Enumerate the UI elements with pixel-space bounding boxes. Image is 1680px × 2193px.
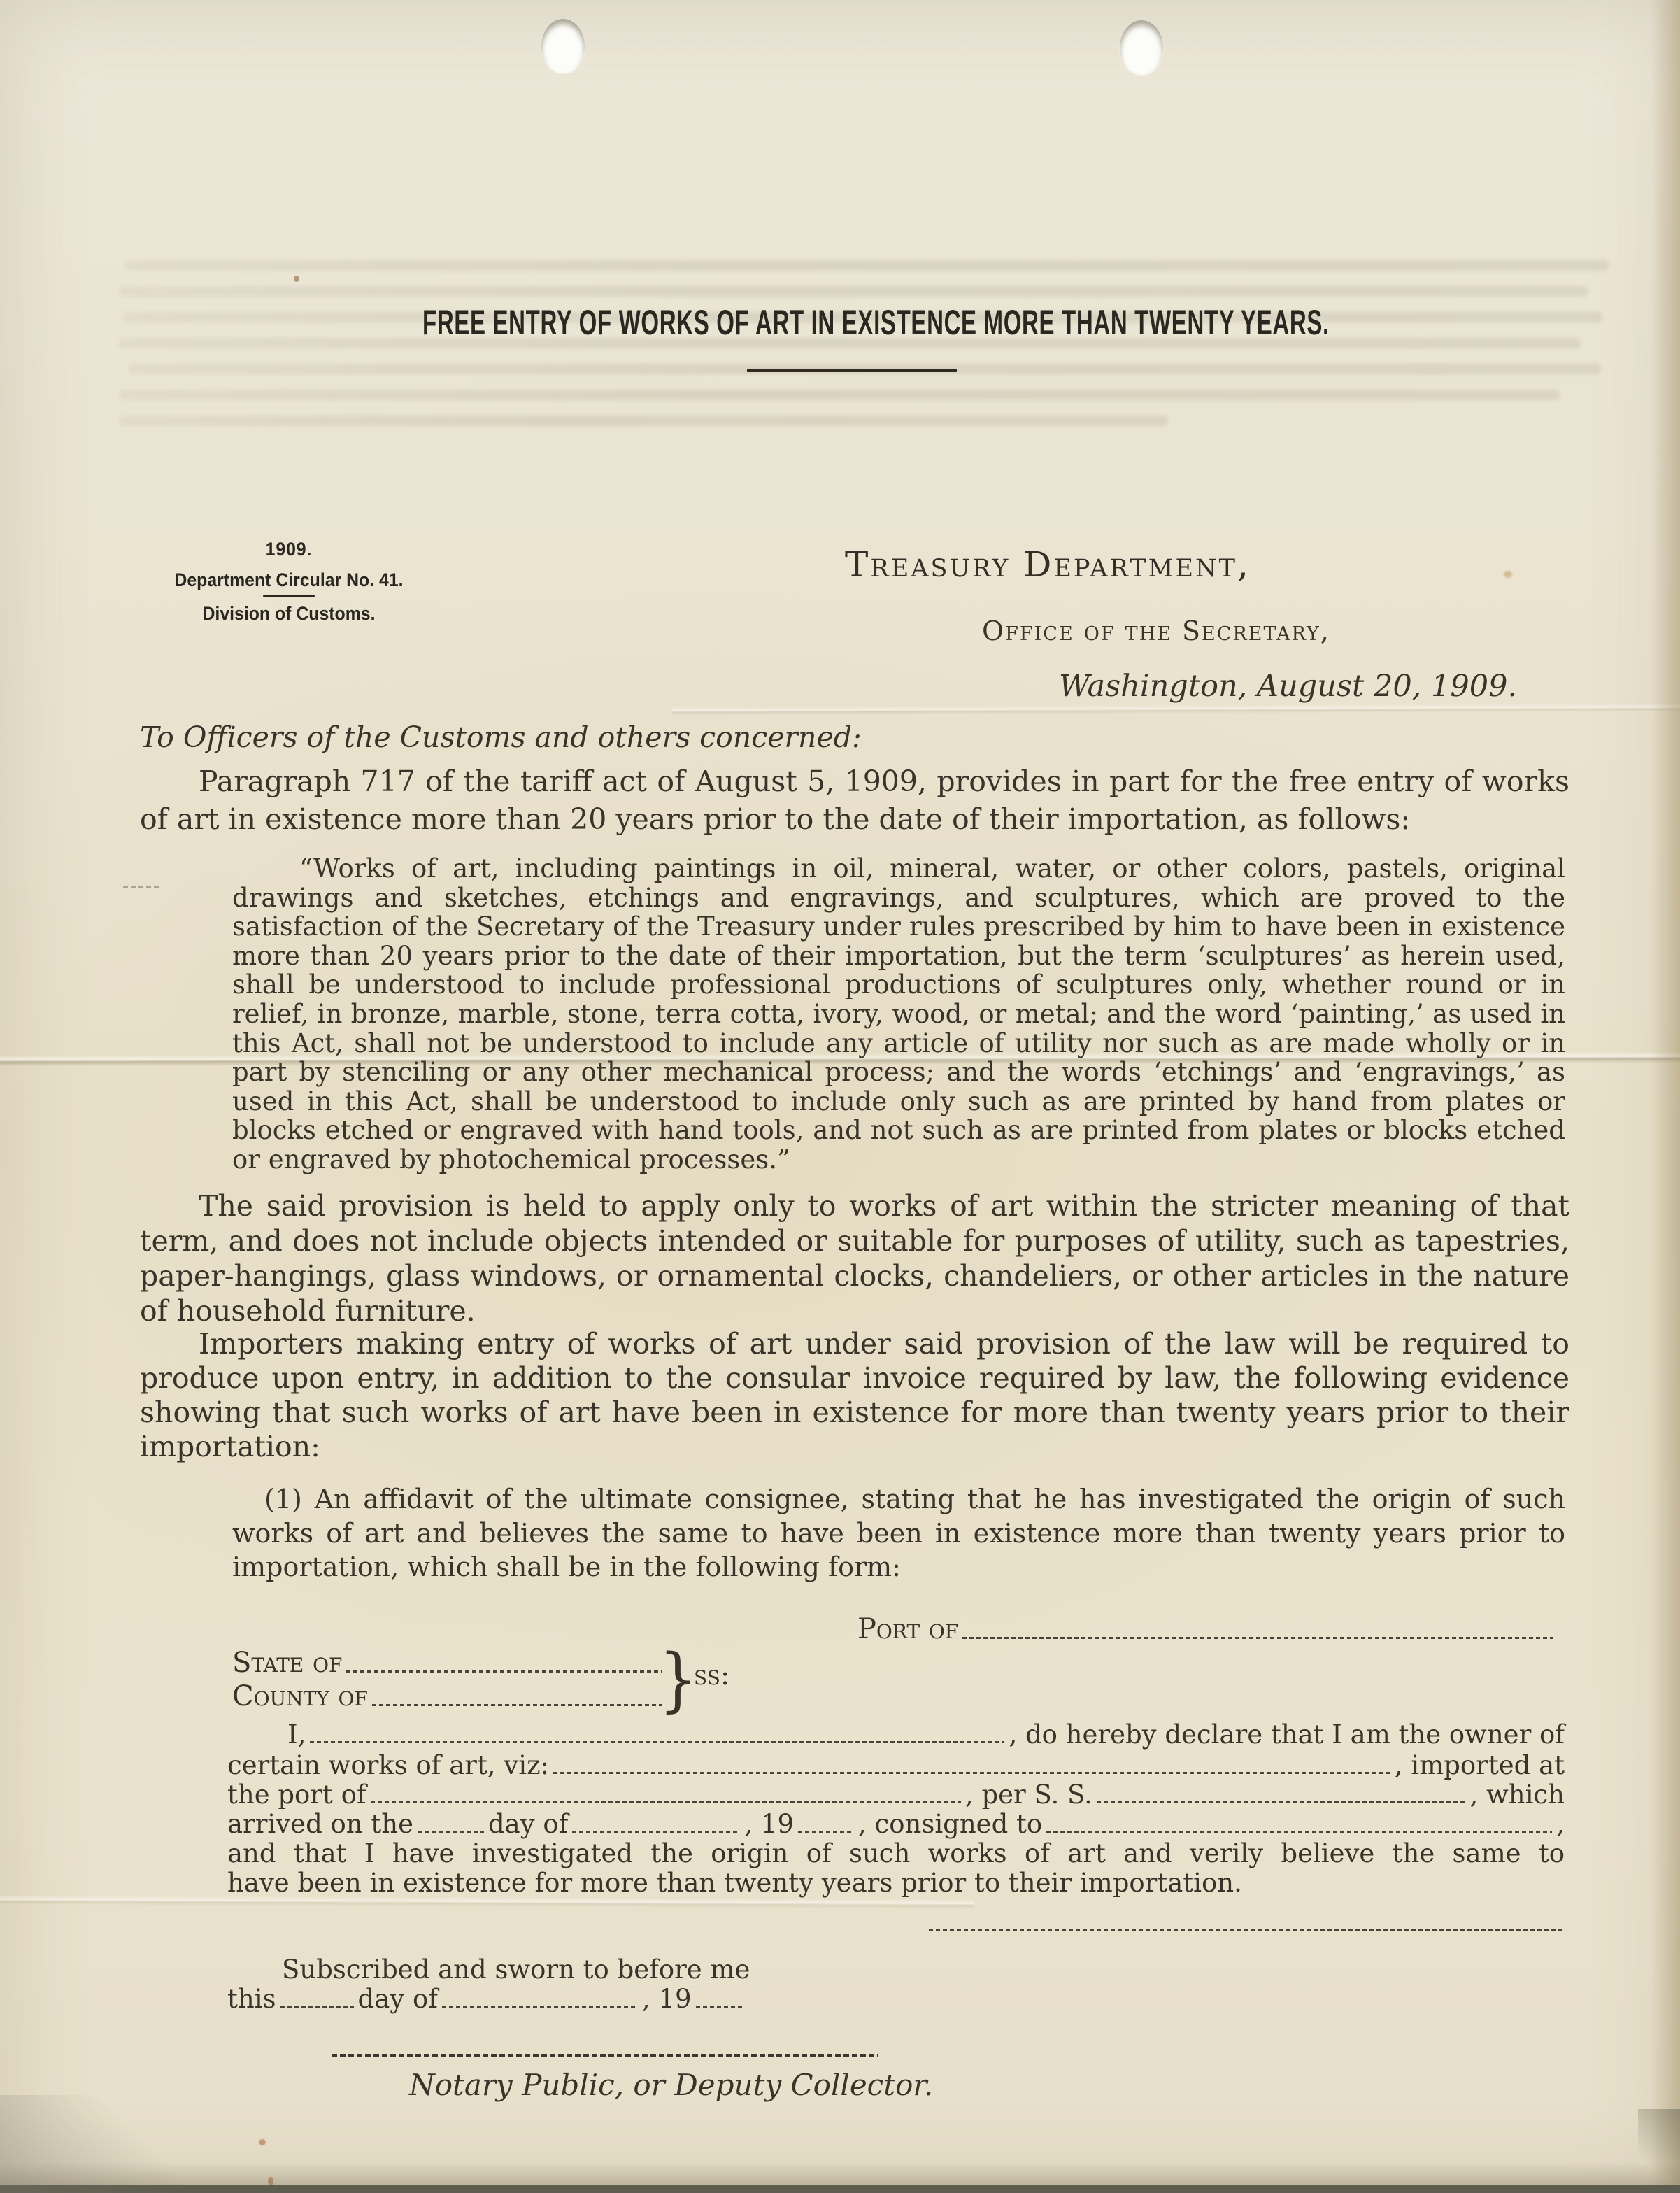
arrival-month-blank	[572, 1831, 740, 1833]
paragraph-provision: The said provision is held to apply only…	[140, 1188, 1569, 1328]
punch-hole-left	[541, 19, 585, 73]
ss-label: ss:	[694, 1659, 729, 1691]
circular-rule	[263, 595, 315, 597]
form-port-line: Port of	[857, 1613, 1557, 1645]
port-of-blank	[962, 1637, 1553, 1639]
margin-pencil-dash	[123, 886, 159, 888]
port-of-label: Port of	[857, 1613, 958, 1645]
circular-division: Division of Customs.	[157, 604, 420, 623]
paragraph-affidavit: (1) An affidavit of the ultimate consign…	[232, 1482, 1565, 1584]
circular-block: 1909. Department Circular No. 41. Divisi…	[157, 540, 420, 623]
paragraph-intro: Paragraph 717 of the tariff act of Augus…	[140, 762, 1569, 838]
title-rule	[747, 369, 957, 372]
county-of-blank	[372, 1704, 662, 1706]
arrival-day-blank	[418, 1831, 484, 1833]
declaration-line-1: and that I have investigated the origin …	[227, 1838, 1565, 1868]
scanned-document: { "doc": { "heading": "FREE ENTRY OF WOR…	[0, 0, 1680, 2193]
paper-corner-shadow-left	[0, 2095, 231, 2193]
paper-speck	[259, 2139, 266, 2145]
which-text: , which	[1470, 1780, 1565, 1810]
entry-port-blank	[371, 1801, 961, 1803]
salutation: To Officers of the Customs and others co…	[140, 721, 862, 754]
sworn-month-blank	[442, 2006, 638, 2008]
notary-title: Notary Public, or Deputy Collector.	[409, 2068, 933, 2102]
circular-year: 1909.	[157, 540, 420, 559]
subscribed-text: Subscribed and sworn to before me	[282, 1954, 750, 1985]
sworn-day-blank	[280, 2006, 354, 2008]
declarant-name-blank	[310, 1741, 1004, 1743]
state-of-blank	[346, 1670, 662, 1673]
this-label: this	[227, 1984, 276, 2014]
day-of-label-2: day of	[358, 1984, 438, 2014]
form-viz-line: certain works of art, viz: , imported at	[227, 1750, 1565, 1780]
declaration-line-2: have been in existence for more than twe…	[227, 1868, 1565, 1898]
letterhead-dateline: Washington, August 20, 1909.	[1059, 669, 1517, 704]
arrival-year-blank	[798, 1831, 854, 1833]
the-port-of-label: the port of	[227, 1780, 366, 1810]
venue-brace: }	[659, 1640, 697, 1720]
form-sworn-date-line: this day of , 19	[227, 1984, 780, 2014]
imported-at-text: , imported at	[1395, 1750, 1565, 1780]
viz-label: certain works of art, viz:	[227, 1750, 549, 1780]
sworn-year-blank	[696, 2006, 745, 2008]
paper-speck	[294, 276, 299, 282]
punch-hole-right	[1120, 20, 1163, 75]
works-description-blank	[553, 1772, 1390, 1774]
circular-number: Department Circular No. 41.	[157, 571, 420, 590]
county-of-label: County of	[232, 1680, 368, 1712]
letterhead-office: Office of the Secretary,	[982, 616, 1330, 646]
document-title: FREE ENTRY OF WORKS OF ART IN EXISTENCE …	[422, 302, 1330, 343]
steamship-name-blank	[1097, 1801, 1466, 1803]
paper-corner-shadow-right	[1638, 2109, 1680, 2193]
paragraph-importers: Importers making entry of works of art u…	[140, 1327, 1569, 1464]
form-venue-block: State of County of	[232, 1645, 666, 1712]
day-of-label: day of	[488, 1809, 568, 1839]
per-ss-label: , per S. S.	[965, 1780, 1092, 1810]
paper-edge-bottom	[0, 2185, 1680, 2193]
year-19-label-2: , 19	[642, 1984, 692, 2014]
paper-edge-shadow	[0, 2162, 1680, 2186]
paper-speck	[1504, 571, 1512, 578]
bleed-through-text	[119, 260, 1616, 441]
consigned-to-label: , consigned to	[858, 1809, 1042, 1839]
notary-signature-blank	[332, 2054, 878, 2057]
declarant-signature-blank	[929, 1929, 1562, 1931]
state-of-label: State of	[232, 1647, 342, 1679]
i-label: I,	[287, 1719, 306, 1750]
form-arrival-line: arrived on the day of , 19 , consigned t…	[227, 1809, 1565, 1839]
consignee-blank	[1046, 1831, 1552, 1833]
form-port-ship-line: the port of , per S. S. , which	[227, 1780, 1565, 1810]
arrived-on-label: arrived on the	[227, 1809, 413, 1839]
trailing-comma: ,	[1556, 1809, 1565, 1839]
form-declarant-line: I, , do hereby declare that I am the own…	[227, 1719, 1565, 1750]
declare-text: , do hereby declare that I am the owner …	[1009, 1719, 1565, 1750]
year-19-label: , 19	[744, 1809, 794, 1839]
paper-edge-right	[1651, 0, 1680, 2193]
letterhead-department: Treasury Department,	[845, 544, 1251, 585]
paragraph-statute-quote: “Works of art, including paintings in oi…	[232, 854, 1565, 1174]
